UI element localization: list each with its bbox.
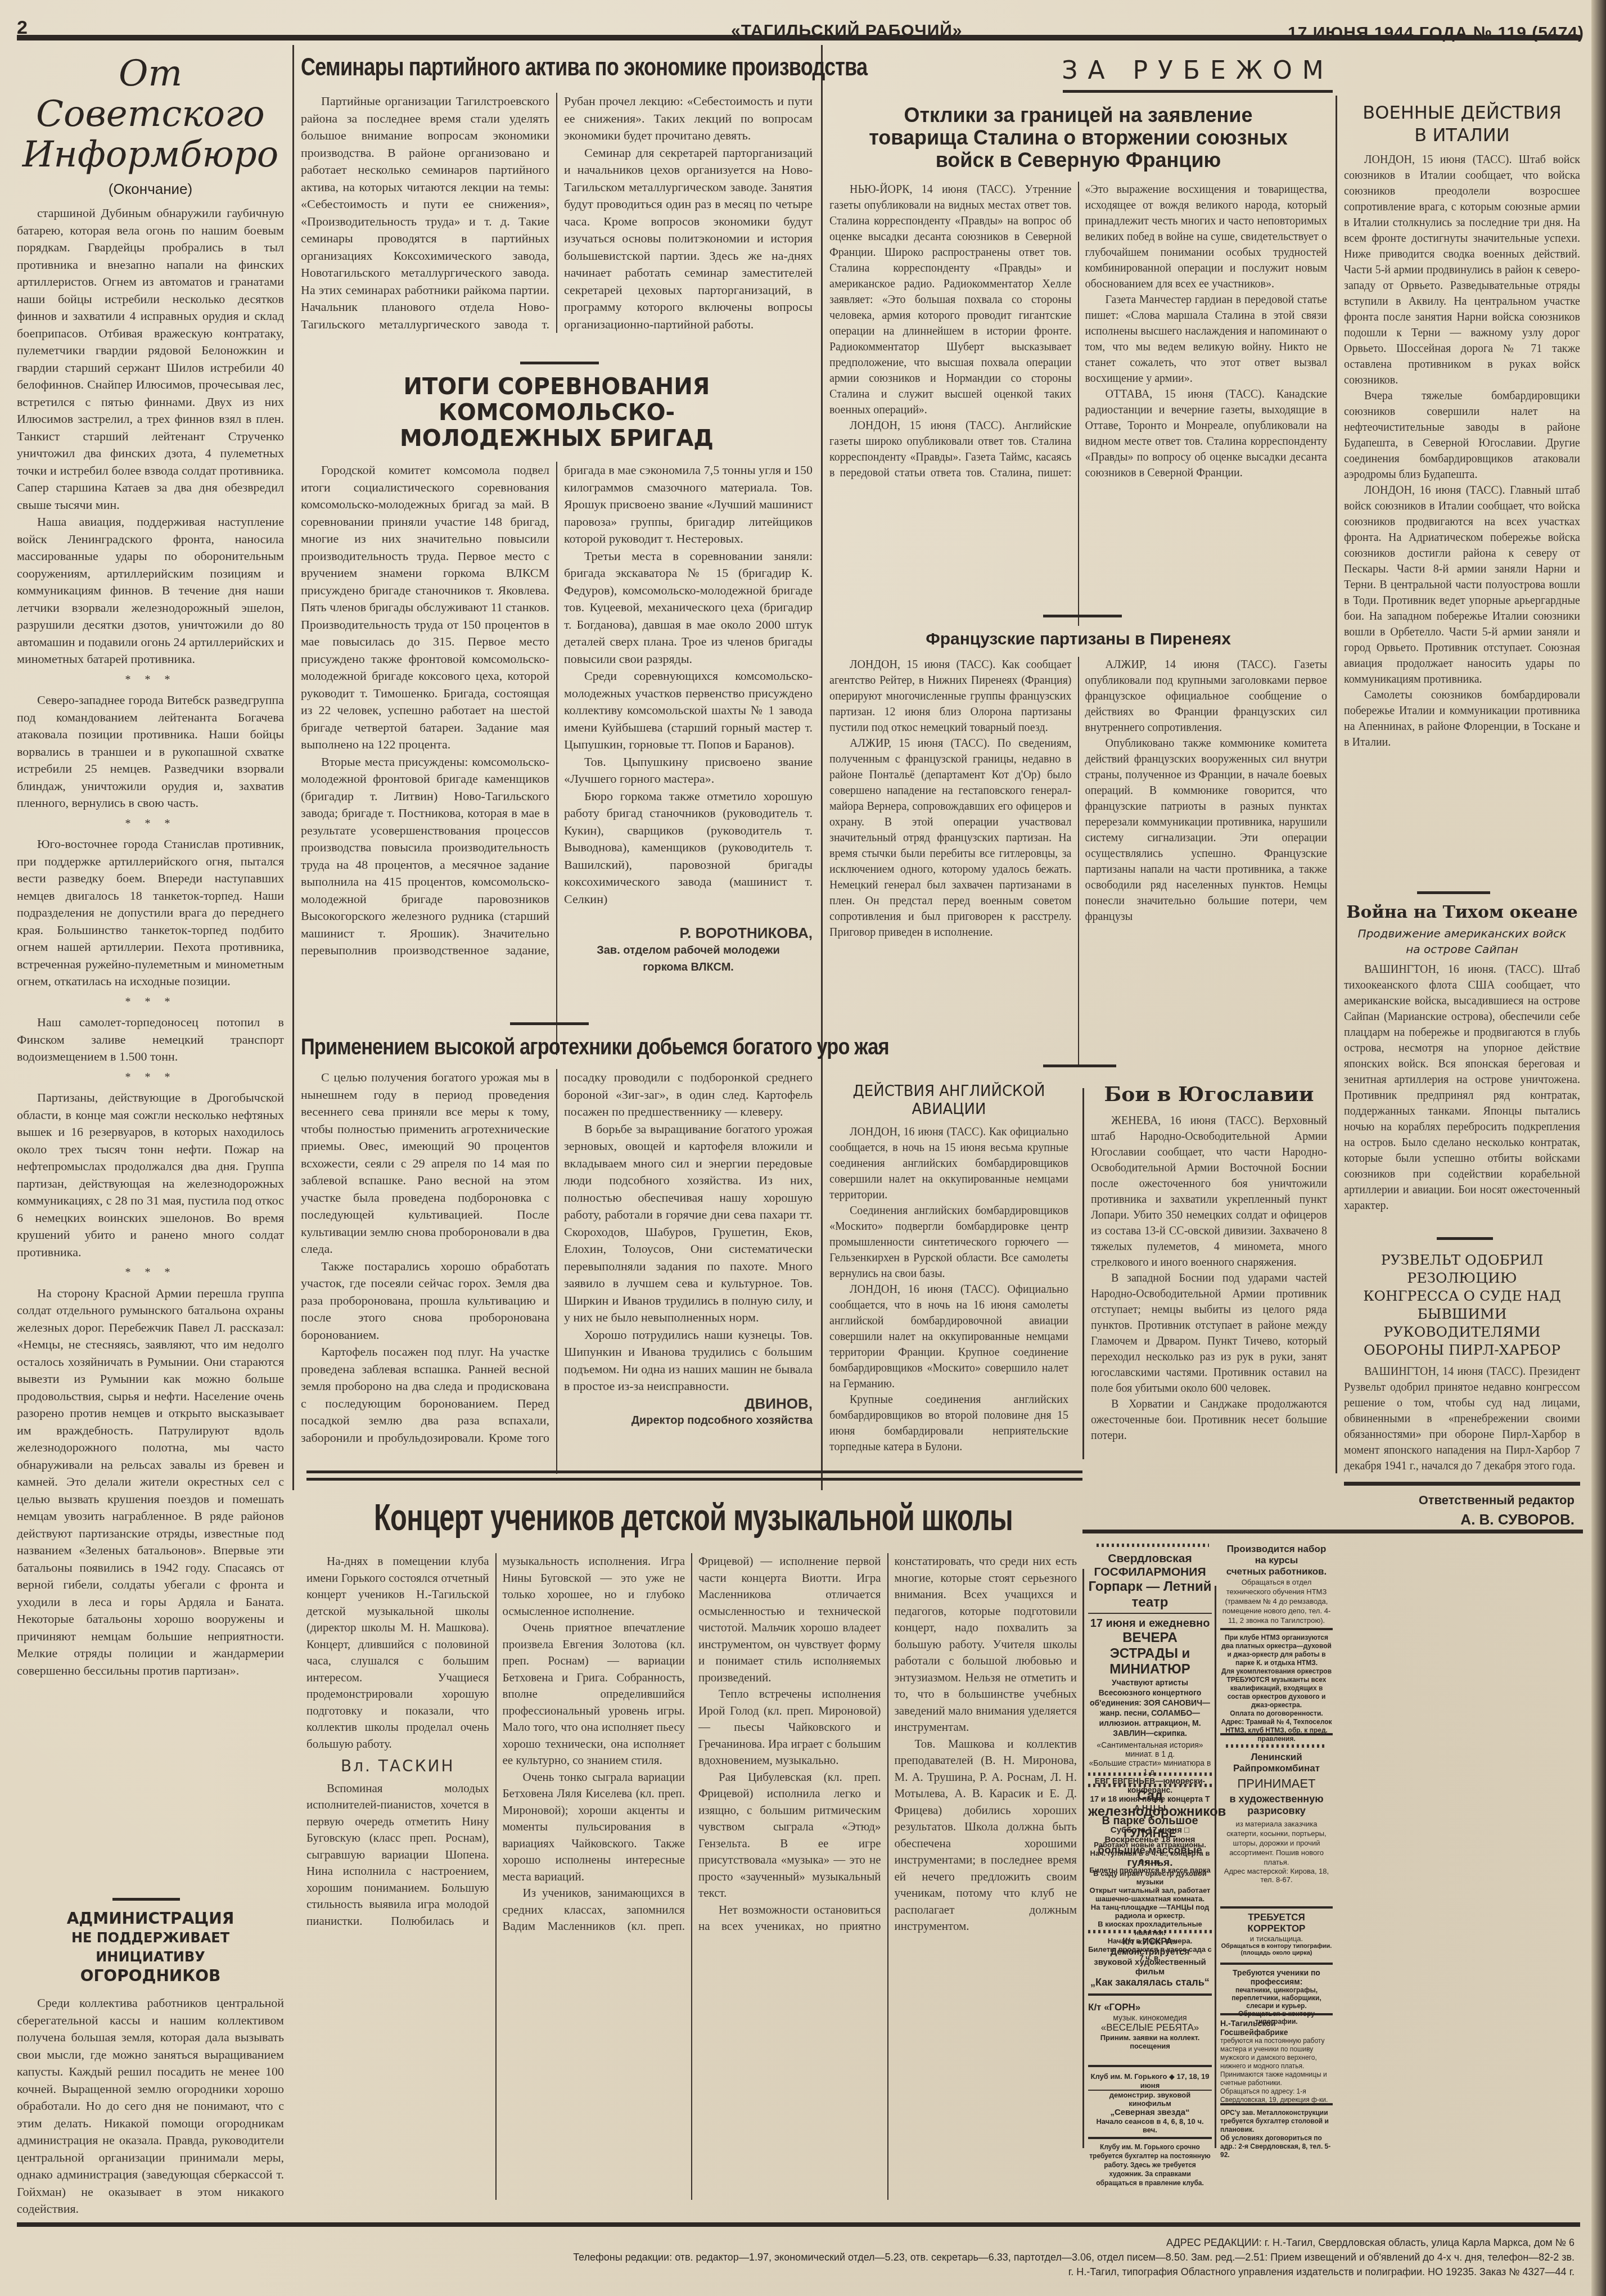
footer-rule (17, 2222, 1580, 2227)
ad-border (1088, 1930, 1212, 1933)
ad-rule (1220, 1963, 1333, 1965)
title-line: МОЛОДЕЖНЫХ БРИГАД (301, 426, 813, 452)
paragraph: АЛЖИР, 15 июня (ТАСС). По сведениям, пол… (829, 736, 1072, 940)
paragraph: Среди коллектива работников центральной … (17, 1995, 284, 2218)
section-title-underline (1063, 90, 1333, 93)
title-line: ОБОРОНЫ ПИРЛ-ХАРБОР (1344, 1341, 1580, 1359)
ad-headline: ПРИНИМАЕТ (1220, 1776, 1333, 1791)
paragraph: ЛОНДОН, 16 июня (ТАСС). Официально сообщ… (829, 1282, 1068, 1392)
ad-border (1088, 1772, 1212, 1776)
title-line: ОГОРОДНИКОВ (17, 1966, 284, 1986)
section-rule (1043, 1064, 1116, 1067)
paragraph: Тов. Цыпушкину присвоено звание «Лучшего… (564, 754, 813, 788)
title-line: ДЕЙСТВИЯ АНГЛИЙСКОЙ (829, 1082, 1068, 1100)
paragraph: В Хорватии и Санджаке продолжаются ожест… (1091, 1396, 1327, 1444)
ad-title: Ленинский Райпромкомбинат (1220, 1752, 1333, 1774)
author-signature: Р. ВОРОТНИКОВА, (564, 924, 813, 942)
ad-title: Н.-Тагильской Госшвейфабрике (1220, 2019, 1333, 2037)
column-divider (1082, 1569, 1084, 2148)
paragraph: Соединения английских бомбардировщиков «… (829, 1203, 1068, 1282)
ad-text: Начало сеансов в 4, 6, 8, 10 ч. веч. (1088, 2117, 1212, 2134)
newspaper-page: 2 «ТАГИЛЬСКИЙ РАБОЧИЙ» 17 ИЮНЯ 1944 ГОДА… (0, 0, 1591, 2296)
ad-rule (1220, 1906, 1333, 1909)
article-title: Отклики за границей на заявление товарищ… (829, 104, 1327, 172)
role-line: Зав. отделом рабочей молодежи (564, 942, 813, 959)
ad-header: Свердловская ГОСФИЛАРМОНИЯ (1088, 1552, 1212, 1579)
article-title: АДМИНИСТРАЦИЯ НЕ ПОДДЕРЖИВАЕТ ИНИЦИАТИВУ… (17, 1909, 284, 1986)
paragraph: С целью получения богатого урожая мы в н… (301, 1069, 549, 1258)
title-line: войск в Северную Францию (829, 149, 1327, 172)
roosevelt-article: РУЗВЕЛЬТ ОДОБРИЛ РЕЗОЛЮЦИЮ КОНГРЕССА О С… (1344, 1251, 1580, 1474)
article-body: НЬЮ-ЙОРК, 14 июня (ТАСС). Утренние газет… (829, 182, 1327, 626)
paragraph: Партизаны, действующие в Дрогобычской об… (17, 1089, 284, 1261)
article-title: Война на Тихом океане (1344, 903, 1580, 922)
ad-text: печатники, цинкографы, переплетчики, наб… (1220, 1986, 1333, 2010)
ad-iskra-cinema: К/т «ИСКРА» Демонстрируется звуковой худ… (1088, 1937, 1212, 1988)
paragraph: Хорошо потрудились наши кузнецы. Тов. Ши… (564, 1327, 813, 1395)
paragraph: Опубликовано также коммюнике комитета де… (1085, 736, 1328, 924)
section-rule (1344, 1482, 1580, 1486)
sovinformburo-article: От Советского Информбюро (Окончание) ста… (17, 53, 284, 1679)
section-rule (1437, 1237, 1493, 1240)
title-line: От Советского (17, 53, 284, 134)
italy-article: ВОЕННЫЕ ДЕЙСТВИЯ В ИТАЛИИ ЛОНДОН, 15 июн… (1344, 101, 1580, 900)
ad-headline: в художественную разрисовку (1220, 1793, 1333, 1817)
paragraph: ЛОНДОН, 15 июня (ТАСС). Как сообщает аге… (829, 657, 1072, 736)
ad-text: В киосках прохладительные напитки. (1088, 1920, 1212, 1937)
ad-rule (1220, 1628, 1333, 1630)
author-signature: ДВИНОВ, (564, 1395, 813, 1413)
ad-sewing-factory: Н.-Тагильской Госшвейфабрике требуются н… (1220, 2019, 1333, 2104)
ad-venue: Горпарк — Летний театр (1088, 1579, 1212, 1614)
ad-accounting-courses: Производится набор на курсы счетных рабо… (1220, 1544, 1333, 1625)
ad-gorky-club-jobs: Клубу им. М. Горького срочно требуется б… (1088, 2142, 1212, 2187)
ad-text: Участвуют артисты Всесоюзного концертног… (1088, 1677, 1212, 1738)
ad-text: требуются на постоянную работу мастера и… (1220, 2037, 1333, 2071)
paragraph: Тепло встречены исполнения Ирой Голод (к… (698, 1686, 881, 1769)
paragraph: Рая Цибулевская (кл. преп. Фрицевой) исп… (698, 1769, 881, 1902)
ad-text: Об условиях договориться по адр.: 2-я Св… (1220, 2134, 1333, 2159)
paragraph: ЛОНДОН, 15 июня (ТАСС). Штаб войск союзн… (1344, 152, 1580, 388)
english-aviation-article: ДЕЙСТВИЯ АНГЛИЙСКОЙ АВИАЦИИ ЛОНДОН, 16 и… (829, 1082, 1068, 1455)
french-partisans-article: Французские партизаны в Пиренеях ЛОНДОН,… (829, 630, 1327, 1067)
ad-text: Адрес: Трамвай № 4, Техпоселок НТМЗ, клу… (1220, 1718, 1333, 1743)
paragraph: Северо-западнее города Витебск разведгру… (17, 692, 284, 812)
title-line: БЫВШИМИ РУКОВОДИТЕЛЯМИ (1344, 1305, 1580, 1341)
ad-border (1088, 1784, 1212, 1787)
ad-text: музык. кинокомедия (1088, 2013, 1212, 2022)
paragraph: На-днях в помещении клуба имени Горького… (306, 1553, 489, 1752)
separator-stars: * * * (17, 815, 284, 833)
column-divider (292, 45, 294, 1490)
editorial-phones: Телефоны редакции: отв. редактор—1.97, э… (0, 2250, 1575, 2265)
column-divider (1215, 1586, 1216, 2148)
ad-rule (1220, 2013, 1333, 2015)
article-subtitle: (Окончание) (17, 181, 284, 198)
article-body: Городской комитет комсомола подвел итоги… (301, 462, 813, 1055)
section-rule (1417, 891, 1490, 894)
subtitle-line: Продвижение американских войск (1344, 926, 1580, 941)
paragraph: ЛОНДОН, 16 июня (ТАСС). Главный штаб вой… (1344, 482, 1580, 687)
article-title: От Советского Информбюро (17, 53, 284, 175)
section-rule (510, 1022, 589, 1025)
ad-text: звуковой художественный фильм (1088, 1957, 1212, 1977)
paragraph: Вчера тяжелые бомбардировщики союзников … (1344, 388, 1580, 482)
paragraph: Наш самолет-торпедоносец потопил в Финск… (17, 1014, 284, 1066)
footer: АДРЕС РЕДАКЦИИ: г. Н.-Тагил, Свердловска… (0, 2235, 1575, 2279)
section-rule (112, 1898, 180, 1901)
article-body: ЛОНДОН, 15 июня (ТАСС). Штаб войск союзн… (1344, 152, 1580, 900)
subtitle-line: на острове Сайпан (1344, 941, 1580, 957)
paragraph: Юго-восточнее города Станислав противник… (17, 836, 284, 990)
ad-text: (площадь около цирка) (1220, 1950, 1333, 1956)
ad-title: ВЕЧЕРА ЭСТРАДЫ и МИНИАТЮР (1088, 1630, 1212, 1677)
ad-text: Обращаться в контору типографии. (1220, 1943, 1333, 1950)
ad-film-title: «ВЕСЕЛЫЕ РЕБЯТА» (1088, 2022, 1212, 2033)
title-line: Отклики за границей на заявление (829, 104, 1327, 127)
paragraph: Крупные соединения английских бомбардиро… (829, 1392, 1068, 1455)
ad-text: Адрес мастерской: Кирова, 18, тел. 8-67. (1220, 1867, 1333, 1884)
ad-leninsky-kombinat: Ленинский Райпромкомбинат ПРИНИМАЕТ в ху… (1220, 1752, 1333, 1884)
yugoslavia-article: Бои в Югославии ЖЕНЕВА, 16 июня (ТАСС). … (1091, 1082, 1327, 1444)
ad-text: На танц-площадке —ТАНЦЫ под радиола и ор… (1088, 1903, 1212, 1920)
double-rule (306, 1470, 1082, 1473)
paragraph: ЖЕНЕВА, 16 июня (ТАСС). Верховный штаб Н… (1091, 1113, 1327, 1270)
paragraph: Также постарались хорошо обработать учас… (301, 1258, 549, 1344)
role-line: горкома ВЛКСМ. (564, 959, 813, 976)
ad-header: К/т «ГОРН» (1088, 2002, 1212, 2013)
paragraph: Третьи места в соревновании заняли: бриг… (564, 548, 813, 668)
ad-text: При клубе НТМЗ организуются два платных … (1220, 1634, 1333, 1667)
paragraph: Тов. Машкова и коллектив преподавателей … (895, 1736, 1077, 1935)
stalin-responses-article: Отклики за границей на заявление товарищ… (829, 104, 1327, 626)
paragraph: старшиной Дубиным обнаружили гаубичную б… (17, 205, 284, 513)
article-body: ВАШИНГТОН, 14 июня (ТАСС). Президент Руз… (1344, 1364, 1580, 1474)
ad-orchestra: При клубе НТМЗ организуются два платных … (1220, 1634, 1333, 1743)
separator-stars: * * * (17, 671, 284, 689)
article-body: ЖЕНЕВА, 16 июня (ТАСС). Верховный штаб Н… (1091, 1113, 1327, 1444)
ad-title: Производится набор на курсы (1220, 1544, 1333, 1566)
article-title: Применением высокой агротехники добьемся… (301, 1035, 741, 1060)
paragraph: Самолеты союзников бомбардировали побере… (1344, 687, 1580, 750)
article-title: Концерт учеников детской музыкальной шко… (374, 1496, 894, 1539)
section-rule (1082, 1530, 1583, 1533)
article-title: Французские партизаны в Пиренеях (829, 630, 1327, 649)
pacific-article: Война на Тихом океане Продвижение америк… (1344, 903, 1580, 1214)
administration-article: АДМИНИСТРАЦИЯ НЕ ПОДДЕРЖИВАЕТ ИНИЦИАТИВУ… (17, 1909, 284, 2218)
paragraph: Наша авиация, поддерживая наступление во… (17, 513, 284, 668)
column-divider (1336, 96, 1337, 1473)
separator-stars: * * * (17, 1264, 284, 1282)
title-line: Информбюро (17, 134, 284, 175)
ad-text: Оплата по договоренности. (1220, 1709, 1333, 1718)
double-rule (306, 1478, 1082, 1481)
editorial-address: АДРЕС РЕДАКЦИИ: г. Н.-Тагил, Свердловска… (0, 2235, 1575, 2250)
ad-gorky-club-film: Клуб им. М. Горького ◆ 17, 18, 19 июня д… (1088, 2072, 1212, 2134)
title-line: товарища Сталина о вторжении союзных (829, 127, 1327, 149)
title-line: РУЗВЕЛЬТ ОДОБРИЛ РЕЗОЛЮЦИЮ (1344, 1251, 1580, 1287)
section-rule (520, 362, 599, 364)
article-title: ВОЕННЫЕ ДЕЙСТВИЯ В ИТАЛИИ (1344, 101, 1580, 146)
title-line: ИТОГИ СОРЕВНОВАНИЯ КОМСОМОЛЬСКО- (301, 374, 813, 426)
ad-text: демонстрир. звуковой кинофильм (1088, 2091, 1212, 2108)
ad-date: 17 июня и ежедневно (1088, 1617, 1212, 1630)
komsomol-article: ИТОГИ СОРЕВНОВАНИЯ КОМСОМОЛЬСКО- МОЛОДЕЖ… (301, 374, 813, 1055)
article-body: Партийные организации Тагилстроевского р… (301, 93, 813, 333)
paragraph: Бюро горкома также отметило хорошую рабо… (564, 788, 813, 908)
article-title: РУЗВЕЛЬТ ОДОБРИЛ РЕЗОЛЮЦИЮ КОНГРЕССА О С… (1344, 1251, 1580, 1359)
ad-text: Принимаются также надомницы и счетные ра… (1220, 2071, 1333, 2087)
article-body: старшиной Дубиным обнаружили гаубичную б… (17, 205, 284, 1679)
title-line: В ИТАЛИИ (1344, 124, 1580, 146)
agrotech-article: Применением высокой агротехники добьемся… (301, 1035, 813, 1474)
author-byline: Вл. ТАСКИН (306, 1758, 489, 1775)
ad-gorn-cinema: К/т «ГОРН» музык. кинокомедия «ВЕСЕЛЫЕ Р… (1088, 2002, 1212, 2050)
ad-border (1226, 1744, 1327, 1748)
column-divider (1082, 1088, 1084, 1459)
paragraph: ВАШИНГТОН, 14 июня (ТАСС). Президент Руз… (1344, 1364, 1580, 1474)
editor-name: А. В. СУВОРОВ. (1344, 1511, 1575, 1528)
ad-corrector-wanted: ТРЕБУЕТСЯ КОРРЕКТОР и тискальщица. Обращ… (1220, 1912, 1333, 1956)
ad-rule (1088, 2065, 1212, 2067)
article-body: ЛОНДОН, 15 июня (ТАСС). Как сообщает аге… (829, 657, 1327, 1067)
article-title: Бои в Югославии (1091, 1082, 1327, 1106)
ad-film-title: „Как закалялась сталь“ (1088, 1977, 1212, 1988)
article-body: ЛОНДОН, 16 июня (ТАСС). Как официально с… (829, 1124, 1068, 1455)
column-divider (821, 45, 823, 1490)
ad-rule (1088, 2137, 1212, 2139)
ad-title: ТРЕБУЕТСЯ КОРРЕКТОР (1220, 1912, 1333, 1934)
title-line: АВИАЦИИ (829, 1100, 1068, 1118)
author-role: Зав. отделом рабочей молодежи горкома ВЛ… (564, 942, 813, 976)
article-title: ДЕЙСТВИЯ АНГЛИЙСКОЙ АВИАЦИИ (829, 1082, 1068, 1118)
ad-text: и тискальщица. (1220, 1934, 1333, 1943)
paragraph: Среди соревнующихся комсомольско-молодеж… (564, 667, 813, 754)
paragraph: ОТТАВА, 15 июня (ТАСС). Канадские радиос… (1085, 386, 1328, 481)
section-title-abroad: ЗА РУБЕЖОМ (1057, 56, 1338, 85)
ad-title: Сад железнодорожников (1088, 1788, 1212, 1820)
editor-role: Ответственный редактор (1344, 1493, 1575, 1508)
masthead-rule (17, 35, 1580, 40)
article-body: ВАШИНГТОН, 16 июня. (ТАСС). Штаб тихооке… (1344, 962, 1580, 1214)
concert-article: Концерт учеников детской музыкальной шко… (306, 1496, 1077, 2200)
paragraph: АЛЖИР, 14 июня (ТАСС). Газеты опубликова… (1085, 657, 1328, 736)
paragraph: Городской комитет комсомола подвел итоги… (301, 462, 549, 754)
seminars-article: Семинары партийного актива по экономике … (301, 53, 813, 333)
paragraph: Очень тонко сыграла вариации Бетховена Л… (503, 1769, 685, 1885)
ad-text: ОРС'у зав. Металлоконструкции требуется … (1220, 2109, 1333, 2134)
author-role: Директор подсобного хозяйства (564, 1412, 813, 1429)
title-line: ВОЕННЫЕ ДЕЙСТВИЯ (1344, 101, 1580, 124)
ad-text: «Сантиментальная история» миниат. в 1 д. (1088, 1740, 1212, 1758)
printing-info: г. Н.-Тагил, типография Областного управ… (0, 2265, 1575, 2279)
title-line: АДМИНИСТРАЦИЯ (17, 1909, 284, 1928)
ad-border (1097, 1544, 1209, 1547)
ad-text: Приним. заявки на коллект. посещения (1088, 2033, 1212, 2050)
article-subtitle: Продвижение американских войск на остров… (1344, 926, 1580, 957)
ad-header: Клуб им. М. Горького ◆ 17, 18, 19 июня (1088, 2072, 1212, 2091)
ad-text: Для укомплектования оркестров ТРЕБУЮТСЯ … (1220, 1667, 1333, 1709)
separator-stars: * * * (17, 1069, 284, 1086)
ad-orc-accountant: ОРС'у зав. Металлоконструкции требуется … (1220, 2109, 1333, 2159)
ad-headline: большие массовые гулянья. (1088, 1844, 1212, 1869)
article-body: С целью получения богатого урожая мы в н… (301, 1069, 813, 1474)
title-line: КОНГРЕССА О СУДЕ НАД (1344, 1287, 1580, 1305)
ad-text: Обращаться в отдел технического обучения… (1220, 1577, 1333, 1625)
paragraph: Газета Манчестер гардиан в передовой ста… (1085, 292, 1328, 386)
ad-text: В саду играет оркестр духовой музыки (1088, 1869, 1212, 1886)
ad-rule (1088, 1993, 1212, 1996)
ad-apprentices-wanted: Требуются ученики по профессиям: печатни… (1220, 1968, 1333, 2026)
article-body: Среди коллектива работников центральной … (17, 1995, 284, 2218)
responsible-editor: Ответственный редактор А. В. СУВОРОВ. (1344, 1493, 1575, 1528)
ad-text: Открыт читальный зал, работает шашечно-ш… (1088, 1886, 1212, 1903)
section-rule (1043, 615, 1122, 617)
paragraph: НЬЮ-ЙОРК, 14 июня (ТАСС). Утренние газет… (829, 182, 1072, 418)
paragraph: В борьбе за выращивание богатого урожая … (564, 1121, 813, 1327)
ad-date: Суббота 17 июня □ Воскресенье 18 июня (1088, 1825, 1212, 1844)
ad-railway-garden: Сад железнодорожников Суббота 17 июня □ … (1088, 1788, 1212, 1962)
paragraph: ЛОНДОН, 16 июня (ТАСС). Как официально с… (829, 1124, 1068, 1203)
ad-text: Обращаться по адресу: 1-я Свердловская, … (1220, 2087, 1333, 2104)
paragraph: ВАШИНГТОН, 16 июня. (ТАСС). Штаб тихооке… (1344, 962, 1580, 1214)
article-title: Семинары партийного актива по экономике … (301, 53, 720, 82)
ad-text: из материала заказчика скатерти, косынки… (1220, 1819, 1333, 1867)
paragraph: На сторону Красной Армии перешла группа … (17, 1285, 284, 1680)
ad-title: Требуются ученики по профессиям: (1220, 1968, 1333, 1986)
paragraph: В западной Боснии под ударами частей Нар… (1091, 1270, 1327, 1396)
ad-title: счетных работников. (1220, 1566, 1333, 1577)
ad-rule (1220, 2103, 1333, 2105)
ad-rule (1220, 1733, 1333, 1735)
ad-header: К/т «ИСКРА» Демонстрируется (1088, 1937, 1212, 1957)
article-body: На-днях в помещении клуба имени Горького… (306, 1553, 1077, 2200)
paragraph: Очень приятное впечатление произвела Евг… (503, 1620, 685, 1769)
article-title: ИТОГИ СОРЕВНОВАНИЯ КОМСОМОЛЬСКО- МОЛОДЕЖ… (301, 374, 813, 452)
ad-film-title: „Северная звезда“ (1088, 2108, 1212, 2117)
separator-stars: * * * (17, 994, 284, 1011)
paragraph: Семинар для секретарей парторганизаций и… (564, 145, 813, 333)
page-binding-edge (1591, 0, 1606, 2296)
title-line: НЕ ПОДДЕРЖИВАЕТ ИНИЦИАТИВУ (17, 1928, 284, 1966)
